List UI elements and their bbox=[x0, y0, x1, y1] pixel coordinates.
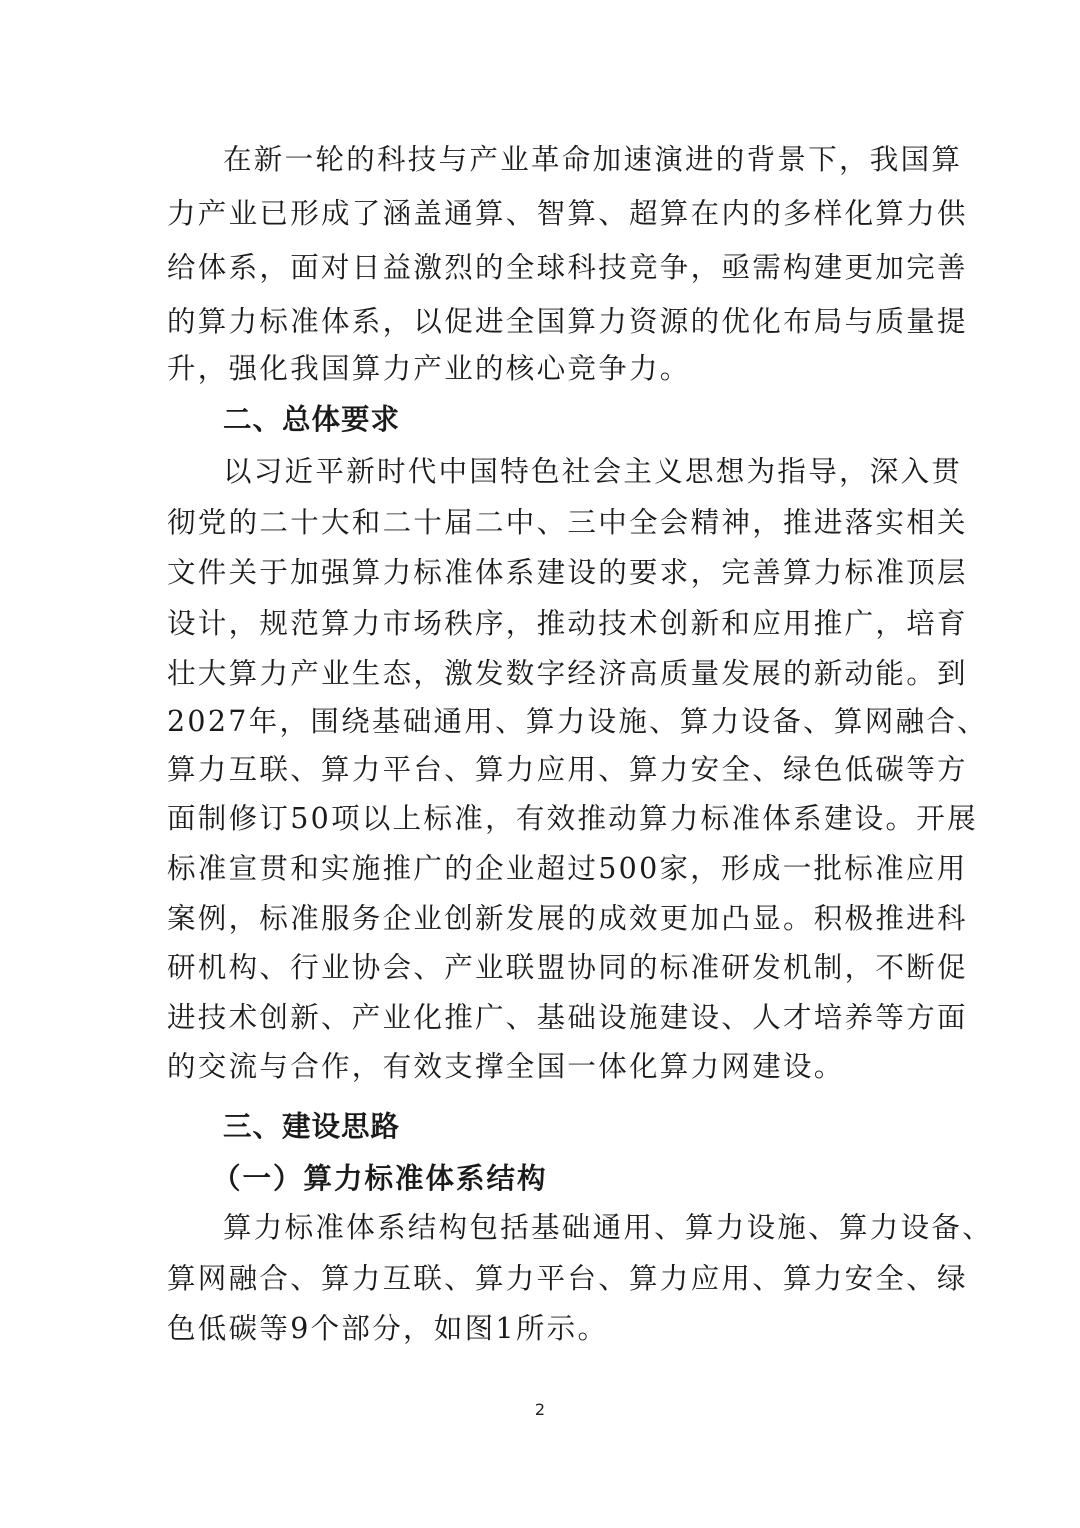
paragraph-2-line-3: 文件关于加强算力标准体系建设的要求，完善算力标准顶层 bbox=[167, 553, 927, 593]
paragraph-2-line-8: 面制修订50项以上标准，有效推动算力标准体系建设。开展 bbox=[167, 799, 927, 839]
paragraph-2-line-9: 标准宣贯和实施推广的企业超过500家，形成一批标准应用 bbox=[167, 849, 927, 889]
paragraph-1-line-4: 的算力标准体系，以促进全国算力资源的优化布局与质量提 bbox=[167, 302, 927, 342]
paragraph-2-line-5: 壮大算力产业生态，激发数字经济高质量发展的新动能。到 bbox=[167, 654, 927, 694]
paragraph-2-line-11: 研机构、行业协会、产业联盟协同的标准研发机制，不断促 bbox=[167, 948, 927, 988]
subsection-heading-standard-structure: （一）算力标准体系结构 bbox=[212, 1159, 972, 1199]
paragraph-1-line-3: 给体系，面对日益激烈的全球科技竞争，亟需构建更加完善 bbox=[167, 248, 927, 288]
paragraph-2-line-6: 2027年，围绕基础通用、算力设施、算力设备、算网融合、 bbox=[167, 702, 927, 742]
document-page: 在新一轮的科技与产业革命加速演进的背景下，我国算 力产业已形成了涵盖通算、智算、… bbox=[0, 0, 1080, 1528]
paragraph-2-line-10: 案例，标准服务企业创新发展的成效更加凸显。积极推进科 bbox=[167, 899, 927, 939]
paragraph-3-line-3: 色低碳等9个部分，如图1所示。 bbox=[167, 1309, 927, 1349]
paragraph-3-line-1: 算力标准体系结构包括基础通用、算力设施、算力设备、 bbox=[223, 1208, 983, 1248]
paragraph-2-line-4: 设计，规范算力市场秩序，推动技术创新和应用推广，培育 bbox=[167, 604, 927, 644]
paragraph-3-line-2: 算网融合、算力互联、算力平台、算力应用、算力安全、绿 bbox=[167, 1259, 927, 1299]
paragraph-2-line-1: 以习近平新时代中国特色社会主义思想为指导，深入贯 bbox=[223, 452, 983, 492]
paragraph-2-line-13: 的交流与合作，有效支撑全国一体化算力网建设。 bbox=[167, 1047, 927, 1087]
paragraph-2-line-7: 算力互联、算力平台、算力应用、算力安全、绿色低碳等方 bbox=[167, 750, 927, 790]
section-heading-general-requirements: 二、总体要求 bbox=[223, 400, 983, 440]
paragraph-1-line-1: 在新一轮的科技与产业革命加速演进的背景下，我国算 bbox=[223, 140, 983, 180]
paragraph-2-line-12: 进技术创新、产业化推广、基础设施建设、人才培养等方面 bbox=[167, 998, 927, 1038]
paragraph-1-line-2: 力产业已形成了涵盖通算、智算、超算在内的多样化算力供 bbox=[167, 194, 927, 234]
paragraph-2-line-2: 彻党的二十大和二十届二中、三中全会精神，推进落实相关 bbox=[167, 503, 927, 543]
section-heading-construction-approach: 三、建设思路 bbox=[223, 1107, 983, 1147]
paragraph-1-line-5: 升，强化我国算力产业的核心竞争力。 bbox=[167, 349, 927, 389]
page-number: 2 bbox=[530, 1400, 550, 1419]
